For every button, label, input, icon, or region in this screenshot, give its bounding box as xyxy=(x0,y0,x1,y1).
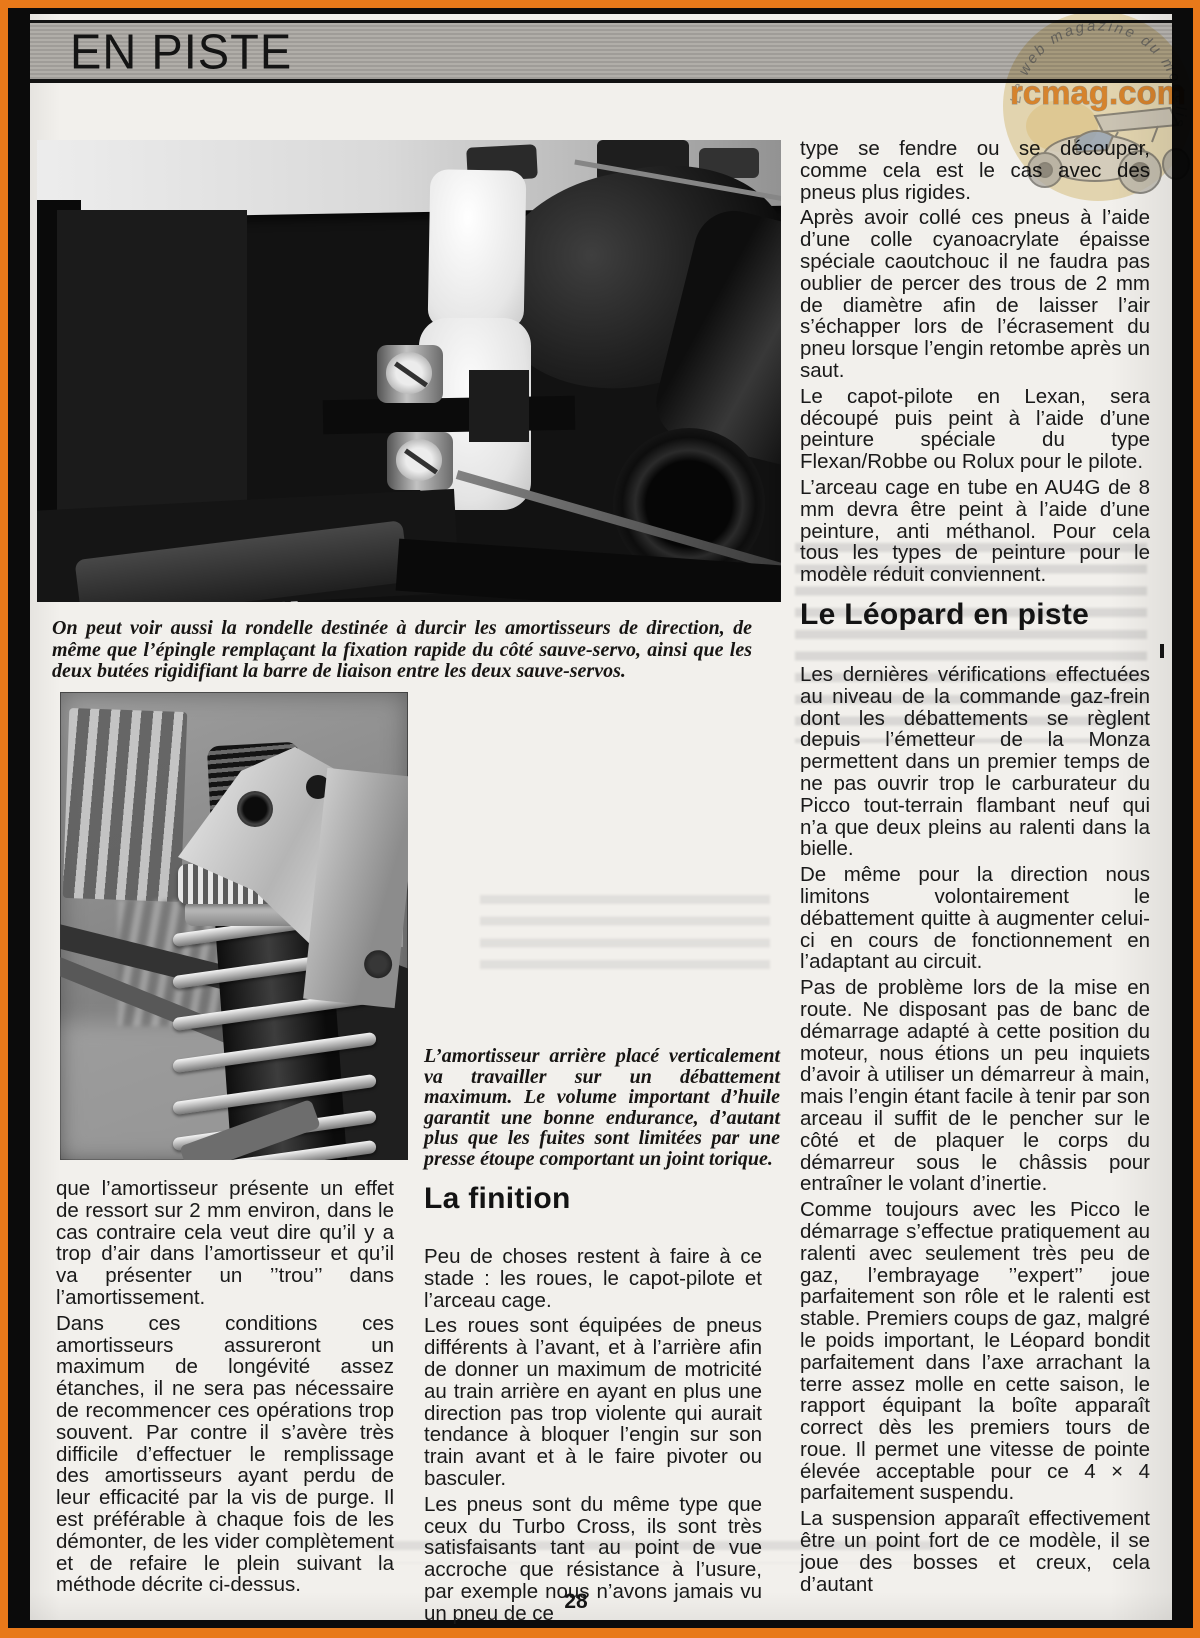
paragraph: La suspension apparaît effectivement êtr… xyxy=(800,1508,1150,1595)
magazine-page-scan: EN PISTE On peut voir aussi la rondelle … xyxy=(0,0,1200,1638)
watermark-site: rcmag.com xyxy=(1010,74,1186,111)
column-right-upper: type se fendre ou se découper, comme cel… xyxy=(800,138,1150,590)
paragraph: Comme toujours avec les Picco le démarra… xyxy=(800,1199,1150,1504)
paragraph: Dans ces conditions ces amortisseurs ass… xyxy=(56,1313,394,1596)
section-title: EN PISTE xyxy=(70,25,292,79)
paragraph: Après avoir collé ces pneus à l’aide d’u… xyxy=(800,207,1150,381)
paragraph: Peu de choses restent à faire à ce stade… xyxy=(424,1246,762,1311)
column-middle: Peu de choses restent à faire à ce stade… xyxy=(424,1246,762,1629)
paragraph: De même pour la direction nous limitons … xyxy=(800,864,1150,973)
bleed-through-text xyxy=(480,895,770,980)
paragraph: Pas de problème lors de la mise en route… xyxy=(800,977,1150,1195)
section-heading-finition: La finition xyxy=(424,1182,571,1216)
photo-caption-shock: L’amortisseur arrière placé verticalemen… xyxy=(424,1046,780,1170)
heatsink-fins-shape xyxy=(63,708,188,902)
paragraph: Les dernières vérifications effectuées a… xyxy=(800,664,1150,860)
print-registration-mark xyxy=(1160,644,1164,658)
screw-collar-shape xyxy=(387,432,453,490)
screw-collar-shape xyxy=(377,345,443,403)
column-right-lower: Les dernières vérifications effectuées a… xyxy=(800,664,1150,1599)
paragraph: que l’amortisseur présente un effet de r… xyxy=(56,1178,394,1309)
paragraph: Les roues sont équipées de pneus différe… xyxy=(424,1315,762,1489)
page-number: 28 xyxy=(536,1590,616,1614)
section-heading-leopard: Le Léopard en piste xyxy=(800,598,1089,632)
photo-steering-servo-detail xyxy=(37,140,781,602)
column-left: que l’amortisseur présente un effet de r… xyxy=(56,1178,394,1600)
photo-rear-shock-absorber xyxy=(60,692,408,1160)
watermark-badge: Le web magazine du modelisme rcmag.com xyxy=(1000,8,1196,204)
paragraph: L’arceau cage en tube en AU4G de 8 mm de… xyxy=(800,477,1150,586)
paragraph: Le capot-pilote en Lexan, sera découpé p… xyxy=(800,386,1150,473)
white-servo-saver-shape xyxy=(428,169,527,329)
photo-caption-top: On peut voir aussi la rondelle destinée … xyxy=(52,618,752,683)
